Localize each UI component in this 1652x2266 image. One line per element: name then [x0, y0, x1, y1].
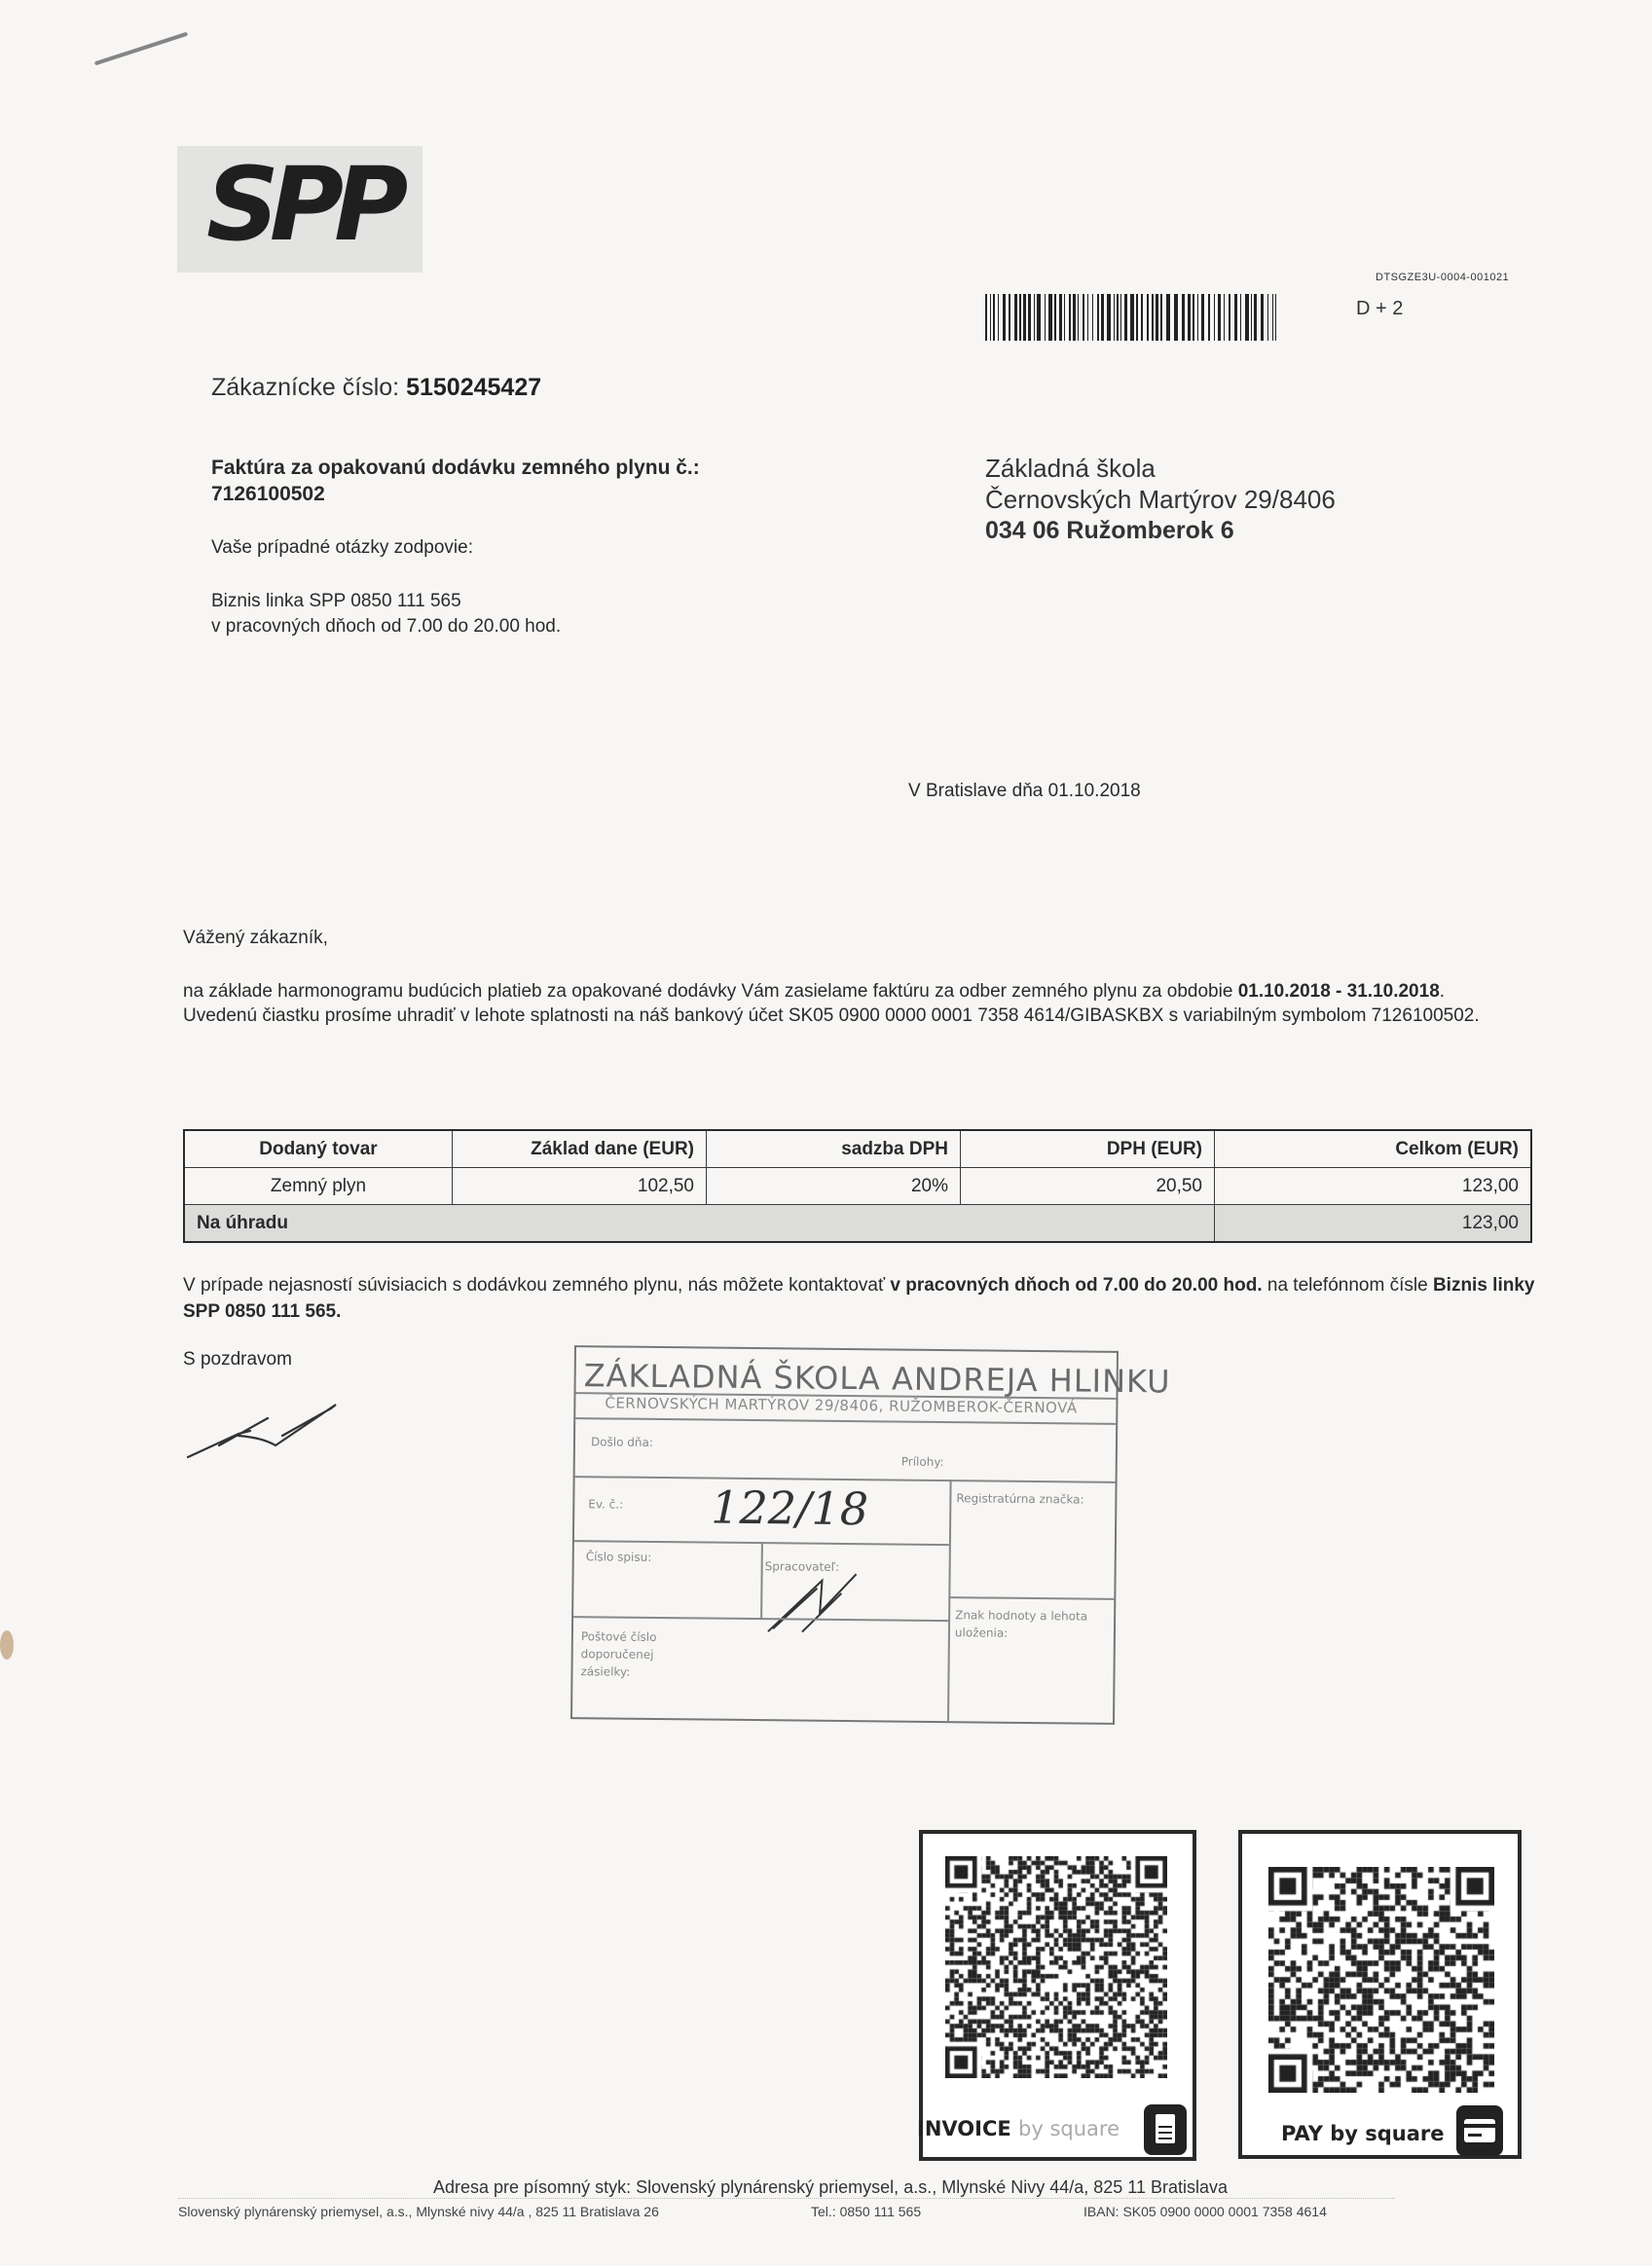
recipient-city: 034 06 Ružomberok 6 [985, 515, 1336, 546]
contact-paragraph: V prípade nejasností súvisiacich s dodáv… [183, 1272, 1541, 1325]
spp-logo: SPP [206, 154, 398, 255]
invoice-label-light: by square [1018, 2117, 1120, 2140]
invoice-number: 7126100502 [211, 481, 700, 507]
evidence-label: Ev. č.: [588, 1495, 623, 1513]
evidence-number: 122/18 [711, 1481, 868, 1536]
registry-label: Registratúrna značka: [956, 1489, 1083, 1508]
cell-goods: Zemný plyn [184, 1168, 453, 1205]
value-label: Znak hodnoty a lehota uloženia: [955, 1606, 1101, 1643]
document-icon [1144, 2104, 1187, 2155]
customer-number: Zákaznícke číslo: 5150245427 [211, 374, 541, 402]
cell-total: 123,00 [1215, 1168, 1532, 1205]
col-goods: Dodaný tovar [184, 1130, 453, 1168]
barcode [985, 294, 1280, 341]
paragraph-payment: Uvedenú čiastku prosíme uhradiť v lehote… [183, 1004, 1541, 1028]
file-number-label: Číslo spisu: [586, 1548, 652, 1566]
letter-body: na základe harmonogramu budúcich platieb… [183, 979, 1541, 1028]
total-row: Na úhradu 123,00 [184, 1205, 1531, 1243]
cell-vat-rate: 20% [707, 1168, 961, 1205]
company-address: Slovenský plynárenský priemysel, a.s., M… [178, 2204, 811, 2219]
stamp-divider [948, 1596, 1114, 1599]
document-code: DTSGZE3U-0004-001021 [1376, 272, 1509, 283]
customer-number-label: Zákaznícke číslo: [211, 374, 399, 401]
contact-text-2: na telefónnom čísle [1263, 1275, 1433, 1296]
paper-stain [0, 1630, 14, 1660]
cell-vat: 20,50 [961, 1168, 1215, 1205]
table-row: Zemný plyn 102,50 20% 20,50 123,00 [184, 1168, 1531, 1205]
cell-tax-base: 102,50 [453, 1168, 707, 1205]
table-header-row: Dodaný tovar Základ dane (EUR) sadzba DP… [184, 1130, 1531, 1168]
pay-qr-code [1268, 1867, 1494, 2093]
total-label: Na úhradu [184, 1205, 1215, 1243]
postal-number-label: Poštové číslo doporučenej zásielky: [580, 1627, 688, 1681]
closing: S pozdravom [183, 1349, 292, 1371]
pen-mark [94, 32, 188, 66]
col-tax-base: Základ dane (EUR) [453, 1130, 707, 1168]
received-label: Došlo dňa: [591, 1433, 653, 1451]
invoice-table: Dodaný tovar Základ dane (EUR) sadzba DP… [183, 1129, 1532, 1243]
signature [180, 1397, 355, 1465]
questions-label: Vaše prípadné otázky zodpovie: [211, 537, 473, 559]
invoice-label-bold: INVOICE [917, 2117, 1011, 2140]
contact-text-1: V prípade nejasností súvisiacich s dodáv… [183, 1275, 890, 1296]
attachments-label: Prílohy: [901, 1453, 944, 1471]
invoice-qr-code [945, 1856, 1167, 2078]
col-vat-rate: sadzba DPH [707, 1130, 961, 1168]
pay-by-square-label: PAY by square [1281, 2122, 1445, 2145]
invoice-title: Faktúra za opakovanú dodávku zemného ply… [211, 455, 700, 507]
recipient-name: Základná škola [985, 453, 1336, 484]
hotline-hours: v pracovných dňoch od 7.00 do 20.00 hod. [211, 614, 561, 640]
paragraph-period: na základe harmonogramu budúcich platieb… [183, 979, 1541, 1004]
hotline-info: Biznis linka SPP 0850 111 565 v pracovný… [211, 589, 561, 640]
col-total: Celkom (EUR) [1215, 1130, 1532, 1168]
postal-address: Adresa pre písomný styk: Slovenský plyná… [433, 2177, 1228, 2198]
greeting: Vážený zákazník, [183, 928, 328, 949]
period-text: na základe harmonogramu budúcich platieb… [183, 981, 1238, 1002]
contact-hours: v pracovných dňoch od 7.00 do 20.00 hod. [890, 1275, 1262, 1296]
customer-number-value: 5150245427 [406, 374, 541, 401]
invoice-title-text: Faktúra za opakovanú dodávku zemného ply… [211, 455, 700, 481]
recipient-address: Základná škola Černovských Martýrov 29/8… [985, 453, 1336, 546]
stamp-divider [760, 1542, 762, 1618]
processor-signature [763, 1568, 862, 1637]
credit-card-icon [1456, 2105, 1503, 2156]
col-vat: DPH (EUR) [961, 1130, 1215, 1168]
stamp-divider [575, 1417, 1116, 1424]
company-footer: Slovenský plynárenský priemysel, a.s., M… [178, 2204, 1376, 2219]
registry-stamp: ZÁKLADNÁ ŠKOLA ANDREJA HLINKU ČERNOVSKÝC… [570, 1345, 1119, 1725]
delivery-mark: D + 2 [1356, 298, 1403, 320]
company-iban: IBAN: SK05 0900 0000 0001 7358 4614 [1083, 2204, 1327, 2219]
invoice-by-square-label: INVOICE by square [917, 2117, 1120, 2140]
billing-period: 01.10.2018 - 31.10.2018 [1238, 981, 1440, 1002]
footer-divider [178, 2198, 1395, 2200]
recipient-street: Černovských Martýrov 29/8406 [985, 484, 1336, 515]
company-phone: Tel.: 0850 111 565 [811, 2204, 1083, 2219]
total-value: 123,00 [1215, 1205, 1532, 1243]
hotline-phone: Biznis linka SPP 0850 111 565 [211, 589, 561, 614]
stamp-divider [947, 1480, 951, 1721]
date-line: V Bratislave dňa 01.10.2018 [908, 781, 1141, 802]
